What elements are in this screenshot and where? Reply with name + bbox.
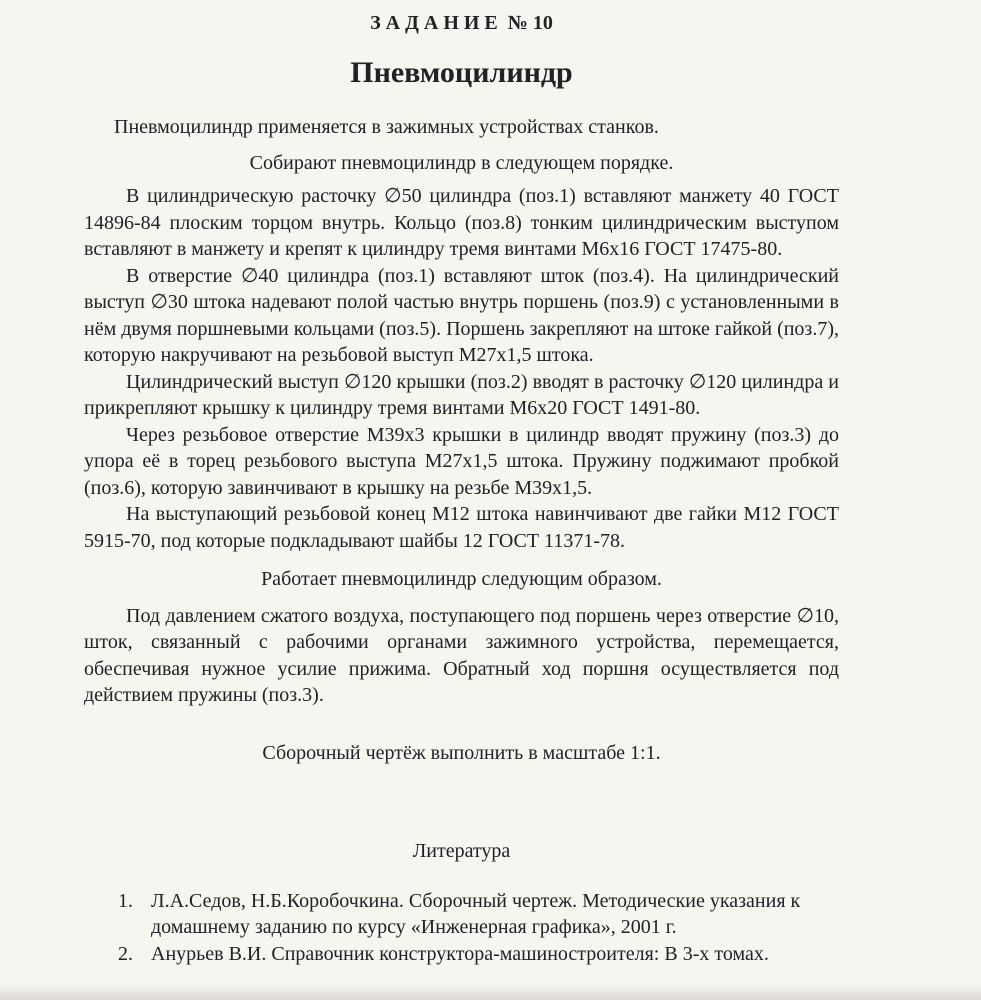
scale-note-line: Сборочный чертёж выполнить в масштабе 1:…: [84, 740, 839, 767]
assembly-lead-line: Собирают пневмоцилиндр в следующем поряд…: [84, 150, 839, 177]
document-content: З А Д А Н И Е № 10 Пневмоцилиндр Пневмоц…: [84, 10, 839, 967]
literature-item-text: Анурьев В.И. Справочник конструктора-маш…: [140, 941, 839, 968]
assembly-step-paragraph: Цилиндрический выступ ∅120 крышки (поз.2…: [84, 369, 839, 422]
assembly-step-paragraph: На выступающий резьбовой конец М12 штока…: [84, 501, 839, 554]
literature-heading: Литература: [84, 838, 839, 865]
literature-list: 1. Л.А.Седов, Н.Б.Коробочкина. Сборочный…: [118, 888, 839, 968]
scanned-document-page: З А Д А Н И Е № 10 Пневмоцилиндр Пневмоц…: [0, 0, 981, 1000]
document-title: З А Д А Н И Е № 10: [84, 10, 839, 37]
literature-item-text: Л.А.Седов, Н.Б.Коробочкина. Сборочный че…: [140, 888, 839, 941]
operation-lead-line: Работает пневмоцилиндр следующим образом…: [84, 566, 839, 593]
assembly-step-paragraph: В отверстие ∅40 цилиндра (поз.1) вставля…: [84, 263, 839, 369]
literature-item-number: 1.: [118, 888, 140, 915]
literature-item: 2. Анурьев В.И. Справочник конструктора-…: [118, 941, 839, 968]
operation-paragraph: Под давлением сжатого воздуха, поступающ…: [84, 603, 839, 709]
intro-paragraph: Пневмоцилиндр применяется в зажимных уст…: [84, 114, 839, 141]
document-subtitle: Пневмоцилиндр: [84, 60, 839, 87]
assembly-step-paragraph: В цилиндрическую расточку ∅50 цилиндра (…: [84, 183, 839, 263]
assembly-step-paragraph: Через резьбовое отверстие М39х3 крышки в…: [84, 422, 839, 502]
literature-item: 1. Л.А.Седов, Н.Б.Коробочкина. Сборочный…: [118, 888, 839, 941]
literature-item-number: 2.: [118, 941, 140, 968]
